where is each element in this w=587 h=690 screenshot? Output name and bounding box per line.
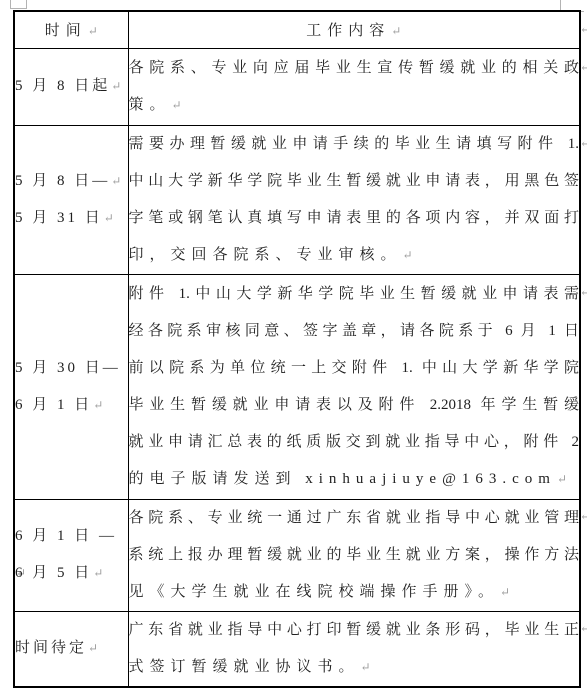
content-cell: 附件 1.中山大学新华学院毕业生暂缓就业申请表需经各院系审核同意、签字盖章，请各… bbox=[128, 274, 580, 499]
paragraph-mark-icon: ↵ bbox=[360, 660, 371, 674]
content-text: 就业申请汇总表的纸质版交到就业指导中心，附件 2 bbox=[129, 434, 580, 450]
content-text: 式签订暂缓就业协议书。 bbox=[129, 659, 360, 675]
row-end-mark-icon: ↵ bbox=[580, 622, 587, 634]
content-cell: 各院系、专业向应届毕业生宣传暂缓就业的相关政策。↵ bbox=[128, 48, 580, 125]
time-text: 6 月 1 日 — bbox=[15, 528, 117, 544]
paragraph-mark-icon: ↵ bbox=[556, 472, 567, 486]
content-text: 系统上报办理暂缓就业的毕业生就业方案，操作方法 bbox=[129, 547, 580, 563]
table-row: 6 月 1 日 —↵6 月 5 日↵各院系、专业统一通过广东省就业指导中心就业管… bbox=[14, 499, 580, 611]
document-page: 时间↵ 工作内容↵ 5 月 8 日起↵各院系、专业向应届毕业生宣传暂缓就业的相关… bbox=[0, 0, 587, 690]
time-cell: 5 月 8 日起↵ bbox=[14, 48, 128, 125]
time-text-line: 5 月 8 日起↵ bbox=[15, 68, 128, 105]
content-text-line: 字笔或钢笔认真填写申请表里的各项内容，并双面打 bbox=[129, 200, 580, 237]
content-text: 策。 bbox=[129, 97, 171, 113]
text-boundary-mark-top-left bbox=[10, 0, 27, 9]
row-end-mark-icon: ↵ bbox=[580, 137, 587, 149]
content-cell: 各院系、专业统一通过广东省就业指导中心就业管理系统上报办理暂缓就业的毕业生就业方… bbox=[128, 499, 580, 611]
content-text: 印，交回各院系、专业审核。 bbox=[129, 247, 402, 263]
time-text-line: 5 月 8 日—↵ bbox=[15, 163, 128, 200]
content-text: 经各院系审核同意、签字盖章，请各院系于 6 月 1 日 bbox=[129, 323, 580, 339]
header-row: 时间↵ 工作内容↵ bbox=[14, 11, 580, 48]
row-end-mark-icon: ↵ bbox=[580, 23, 587, 35]
content-text: 的电子版请发送到 xinhuajiuye@163.com bbox=[129, 471, 556, 487]
time-text: 6 月 5 日 bbox=[15, 565, 92, 581]
time-text: 5 月 30 日— bbox=[15, 360, 121, 376]
content-text: 需要办理暂缓就业申请手续的毕业生请填写附件 1. bbox=[129, 136, 580, 152]
content-text: 字笔或钢笔认真填写申请表里的各项内容，并双面打 bbox=[129, 210, 580, 226]
content-text-line: 系统上报办理暂缓就业的毕业生就业方案，操作方法 bbox=[129, 537, 580, 574]
content-text-line: 中山大学新华学院毕业生暂缓就业申请表，用黑色签 bbox=[129, 163, 580, 200]
content-text-line: 各院系、专业统一通过广东省就业指导中心就业管理 bbox=[129, 500, 580, 537]
time-text-line: 5 月 30 日— bbox=[15, 350, 128, 387]
table-row: 5 月 8 日起↵各院系、专业向应届毕业生宣传暂缓就业的相关政策。↵ bbox=[14, 48, 580, 125]
paragraph-mark-icon: ↵ bbox=[92, 398, 103, 412]
paragraph-mark-icon: ↵ bbox=[171, 98, 182, 112]
content-text-line: 附件 1.中山大学新华学院毕业生暂缓就业申请表需 bbox=[129, 276, 580, 313]
table-row: 5 月 8 日—↵5 月 31 日↵需要办理暂缓就业申请手续的毕业生请填写附件 … bbox=[14, 125, 580, 274]
content-text: 各院系、专业向应届毕业生宣传暂缓就业的相关政 bbox=[129, 60, 580, 76]
table-row: 时间待定↵广东省就业指导中心打印暂缓就业条形码，毕业生正式签订暂缓就业协议书。↵ bbox=[14, 611, 580, 687]
content-cell: 广东省就业指导中心打印暂缓就业条形码，毕业生正式签订暂缓就业协议书。↵ bbox=[128, 611, 580, 687]
time-cell: 6 月 1 日 —↵6 月 5 日↵ bbox=[14, 499, 128, 611]
content-text-line: 见《大学生就业在线院校端操作手册》。↵ bbox=[129, 574, 580, 611]
paragraph-mark-icon: ↵ bbox=[110, 79, 121, 93]
paragraph-mark-icon: ↵ bbox=[92, 566, 103, 580]
header-label-work: 工作内容 bbox=[306, 23, 390, 39]
content-text-line: 前以院系为单位统一上交附件 1. 中山大学新华学院 bbox=[129, 350, 580, 387]
time-text-line: 6 月 1 日 —↵ bbox=[15, 518, 128, 555]
content-text-line: 就业申请汇总表的纸质版交到就业指导中心，附件 2 bbox=[129, 424, 580, 461]
time-text: 6 月 1 日 bbox=[15, 397, 92, 413]
row-end-mark-icon: ↵ bbox=[580, 61, 587, 73]
row-end-mark-icon: ↵ bbox=[580, 286, 587, 298]
content-text-line: 的电子版请发送到 xinhuajiuye@163.com↵ bbox=[129, 461, 580, 498]
row-end-mark-icon: ↵ bbox=[580, 510, 587, 522]
time-text-line: 5 月 31 日↵ bbox=[15, 200, 128, 237]
paragraph-mark-icon: ↵ bbox=[402, 248, 413, 262]
content-text: 见《大学生就业在线院校端操作手册》。 bbox=[129, 584, 500, 600]
content-text: 中山大学新华学院毕业生暂缓就业申请表，用黑色签 bbox=[129, 173, 580, 189]
time-text-line: 6 月 1 日↵ bbox=[15, 387, 128, 424]
time-cell: 5 月 30 日—6 月 1 日↵ bbox=[14, 274, 128, 499]
paragraph-mark-icon: ↵ bbox=[390, 24, 401, 38]
content-text-line: 广东省就业指导中心打印暂缓就业条形码，毕业生正 bbox=[129, 612, 580, 649]
header-cell-time: 时间↵ bbox=[14, 11, 128, 48]
header-label-time: 时间 bbox=[45, 23, 87, 39]
content-text: 附件 1.中山大学新华学院毕业生暂缓就业申请表需 bbox=[129, 286, 580, 302]
schedule-table-body: 5 月 8 日起↵各院系、专业向应届毕业生宣传暂缓就业的相关政策。↵5 月 8 … bbox=[14, 48, 580, 687]
content-text: 毕业生暂缓就业申请表以及附件 2.2018 年学生暂缓 bbox=[129, 397, 580, 413]
content-text: 广东省就业指导中心打印暂缓就业条形码，毕业生正 bbox=[129, 622, 580, 638]
time-text: 5 月 31 日 bbox=[15, 210, 103, 226]
content-text-line: 经各院系审核同意、签字盖章，请各院系于 6 月 1 日 bbox=[129, 313, 580, 350]
time-text-line: 时间待定↵ bbox=[15, 630, 128, 667]
schedule-table: 时间↵ 工作内容↵ 5 月 8 日起↵各院系、专业向应届毕业生宣传暂缓就业的相关… bbox=[13, 10, 581, 688]
content-text-line: 需要办理暂缓就业申请手续的毕业生请填写附件 1. bbox=[129, 126, 580, 163]
content-text: 前以院系为单位统一上交附件 1. 中山大学新华学院 bbox=[129, 360, 580, 376]
content-text-line: 印，交回各院系、专业审核。↵ bbox=[129, 237, 580, 274]
content-cell: 需要办理暂缓就业申请手续的毕业生请填写附件 1.中山大学新华学院毕业生暂缓就业申… bbox=[128, 125, 580, 274]
paragraph-mark-icon: ↵ bbox=[103, 211, 114, 225]
time-text: 时间待定 bbox=[15, 640, 87, 656]
table-row: 5 月 30 日—6 月 1 日↵附件 1.中山大学新华学院毕业生暂缓就业申请表… bbox=[14, 274, 580, 499]
content-text-line: 策。↵ bbox=[129, 87, 580, 124]
time-text-line: 6 月 5 日↵ bbox=[15, 555, 128, 592]
content-text-line: 各院系、专业向应届毕业生宣传暂缓就业的相关政 bbox=[129, 50, 580, 87]
paragraph-mark-icon: ↵ bbox=[87, 641, 98, 655]
time-text: 5 月 8 日— bbox=[15, 173, 110, 189]
content-text-line: 式签订暂缓就业协议书。↵ bbox=[129, 649, 580, 686]
content-text: 各院系、专业统一通过广东省就业指导中心就业管理 bbox=[129, 510, 580, 526]
time-cell: 5 月 8 日—↵5 月 31 日↵ bbox=[14, 125, 128, 274]
time-cell: 时间待定↵ bbox=[14, 611, 128, 687]
time-text: 5 月 8 日起 bbox=[15, 78, 110, 94]
paragraph-mark-icon: ↵ bbox=[499, 585, 510, 599]
content-text-line: 毕业生暂缓就业申请表以及附件 2.2018 年学生暂缓 bbox=[129, 387, 580, 424]
paragraph-mark-icon: ↵ bbox=[87, 24, 98, 38]
paragraph-mark-icon: ↵ bbox=[110, 174, 121, 188]
header-cell-work: 工作内容↵ bbox=[128, 11, 580, 48]
